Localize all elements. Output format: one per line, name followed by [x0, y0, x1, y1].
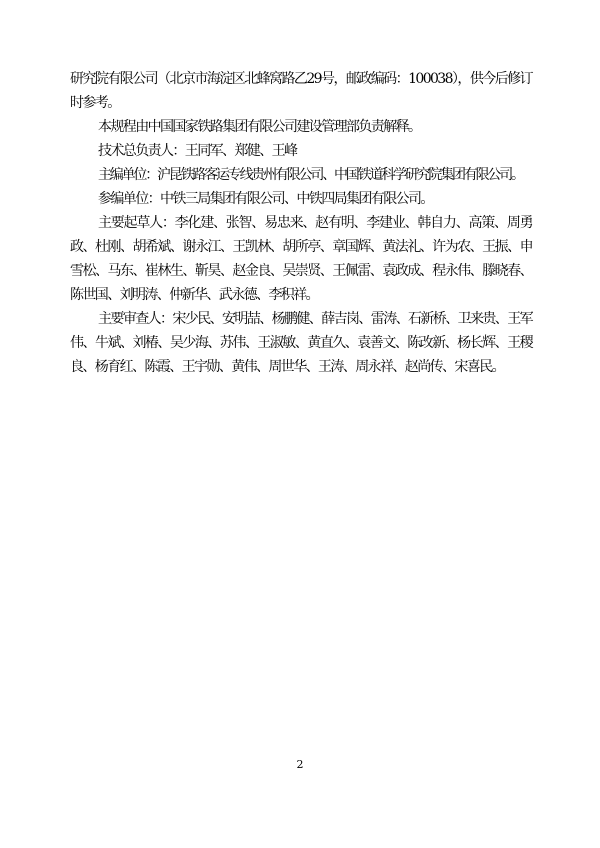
paragraph-tech-leads: 技术总负责人：王同军、郑健、王峰 [70, 139, 532, 163]
paragraph-drafters: 主要起草人：李化建、张智、易忠来、赵有明、李建业、韩自力、高策、周勇政、杜刚、胡… [70, 211, 532, 307]
paragraph-continuation: 研究院有限公司（北京市海淀区北蜂窝路乙29号，邮政编码：100038），供今后修… [70, 67, 532, 115]
paragraph-interpretation: 本规程由中国国家铁路集团有限公司建设管理部负责解释。 [70, 115, 532, 139]
paragraph-co-editors: 参编单位：中铁三局集团有限公司、中铁四局集团有限公司。 [70, 187, 532, 211]
document-page: 研究院有限公司（北京市海淀区北蜂窝路乙29号，邮政编码：100038），供今后修… [0, 0, 600, 848]
document-body: 研究院有限公司（北京市海淀区北蜂窝路乙29号，邮政编码：100038），供今后修… [70, 67, 532, 379]
paragraph-reviewers: 主要审查人：宋少民、安明喆、杨鹏健、薛吉岗、雷涛、石新桥、卫来贵、王军伟、牛斌、… [70, 307, 532, 379]
page-number: 2 [0, 758, 600, 772]
paragraph-chief-editor: 主编单位：沪昆铁路客运专线贵州有限公司、中国铁道科学研究院集团有限公司。 [70, 163, 532, 187]
